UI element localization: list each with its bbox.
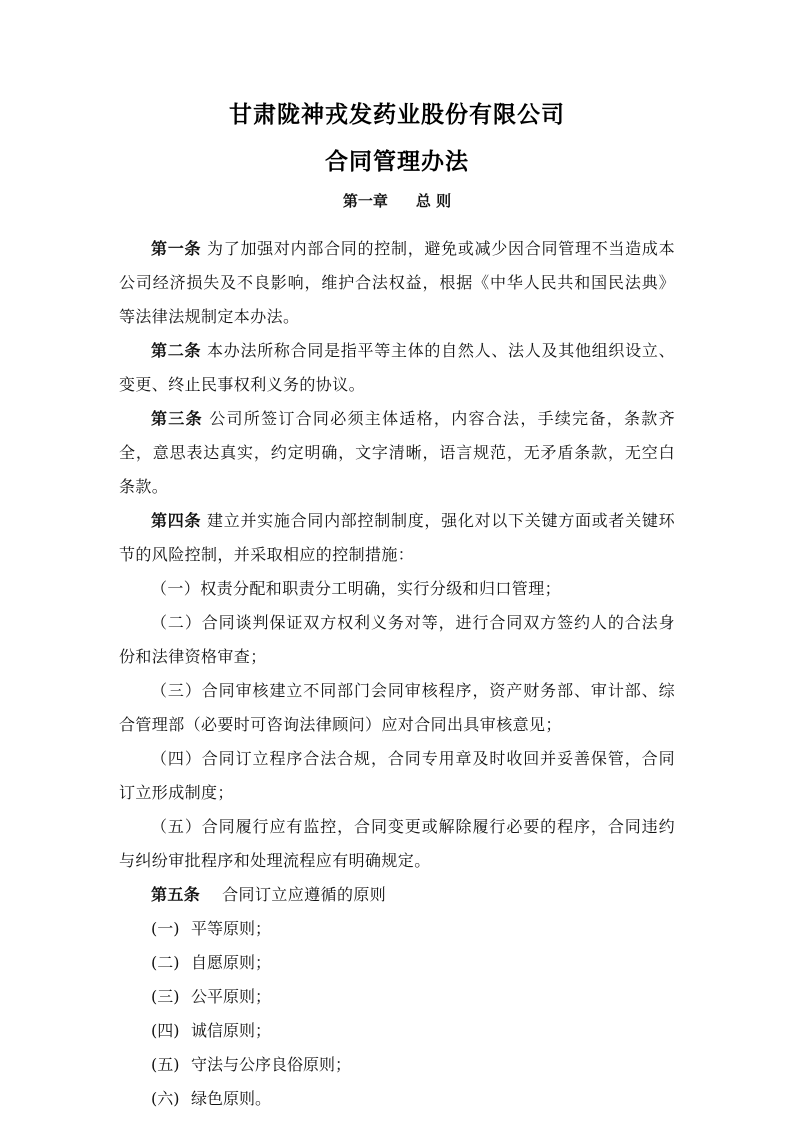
chapter-number: 第一章 [343,192,388,210]
article-text: 本办法所称合同是指平等主体的自然人、法人及其他组织设立、变更、终止民事权利义务的… [119,341,675,394]
article-3: 第三条 公司所签订合同必须主体适格，内容合法，手续完备，条款齐全，意思表达真实，… [119,402,675,504]
article-4-item: （二）合同谈判保证双方权利义务对等，进行合同双方签约人的合法身份和法律资格审查； [119,606,675,674]
article-1: 第一条 为了加强对内部合同的控制，避免或减少因合同管理不当造成本公司经济损失及不… [119,232,675,334]
article-text: 为了加强对内部合同的控制，避免或减少因合同管理不当造成本公司经济损失及不良影响，… [119,239,675,326]
article-text: 合同订立应遵循的原则 [222,885,386,904]
principle-item: (三)公平原则； [119,980,675,1014]
principle-item: (五)守法与公序良俗原则； [119,1048,675,1082]
article-text: 公司所签订合同必须主体适格，内容合法，手续完备，条款齐全，意思表达真实，约定明确… [119,409,675,496]
document-title: 合同管理办法 [119,143,675,176]
document-body: 第一条 为了加强对内部合同的控制，避免或减少因合同管理不当造成本公司经济损失及不… [119,232,675,1116]
article-5: 第五条 合同订立应遵循的原则 [119,878,675,912]
article-2: 第二条 本办法所称合同是指平等主体的自然人、法人及其他组织设立、变更、终止民事权… [119,334,675,402]
principle-item: (二)自愿原则； [119,946,675,980]
principle-item: (六)绿色原则。 [119,1082,675,1116]
article-label: 第四条 [151,511,201,530]
article-4-item: （四）合同订立程序合法合规，合同专用章及时收回并妥善保管，合同订立形成制度； [119,742,675,810]
article-4-item: （五）合同履行应有监控，合同变更或解除履行必要的程序，合同违约与纠纷审批程序和处… [119,810,675,878]
article-label: 第二条 [151,341,201,360]
chapter-name: 总 则 [416,192,451,210]
company-title: 甘肃陇神戎发药业股份有限公司 [119,96,675,129]
article-4-item: （三）合同审核建立不同部门会同审核程序，资产财务部、审计部、综合管理部（必要时可… [119,674,675,742]
article-label: 第三条 [151,409,203,428]
article-4-item: （一）权责分配和职责分工明确，实行分级和归口管理； [119,572,675,606]
chapter-heading: 第一章总 则 [119,190,675,211]
article-4: 第四条 建立并实施合同内部控制制度，强化对以下关键方面或者关键环节的风险控制，并… [119,504,675,572]
principle-item: (一)平等原则； [119,912,675,946]
article-label: 第五条 [151,885,200,904]
principle-item: (四)诚信原则； [119,1014,675,1048]
article-label: 第一条 [151,239,201,258]
article-text: 建立并实施合同内部控制制度，强化对以下关键方面或者关键环节的风险控制，并采取相应… [119,511,675,564]
